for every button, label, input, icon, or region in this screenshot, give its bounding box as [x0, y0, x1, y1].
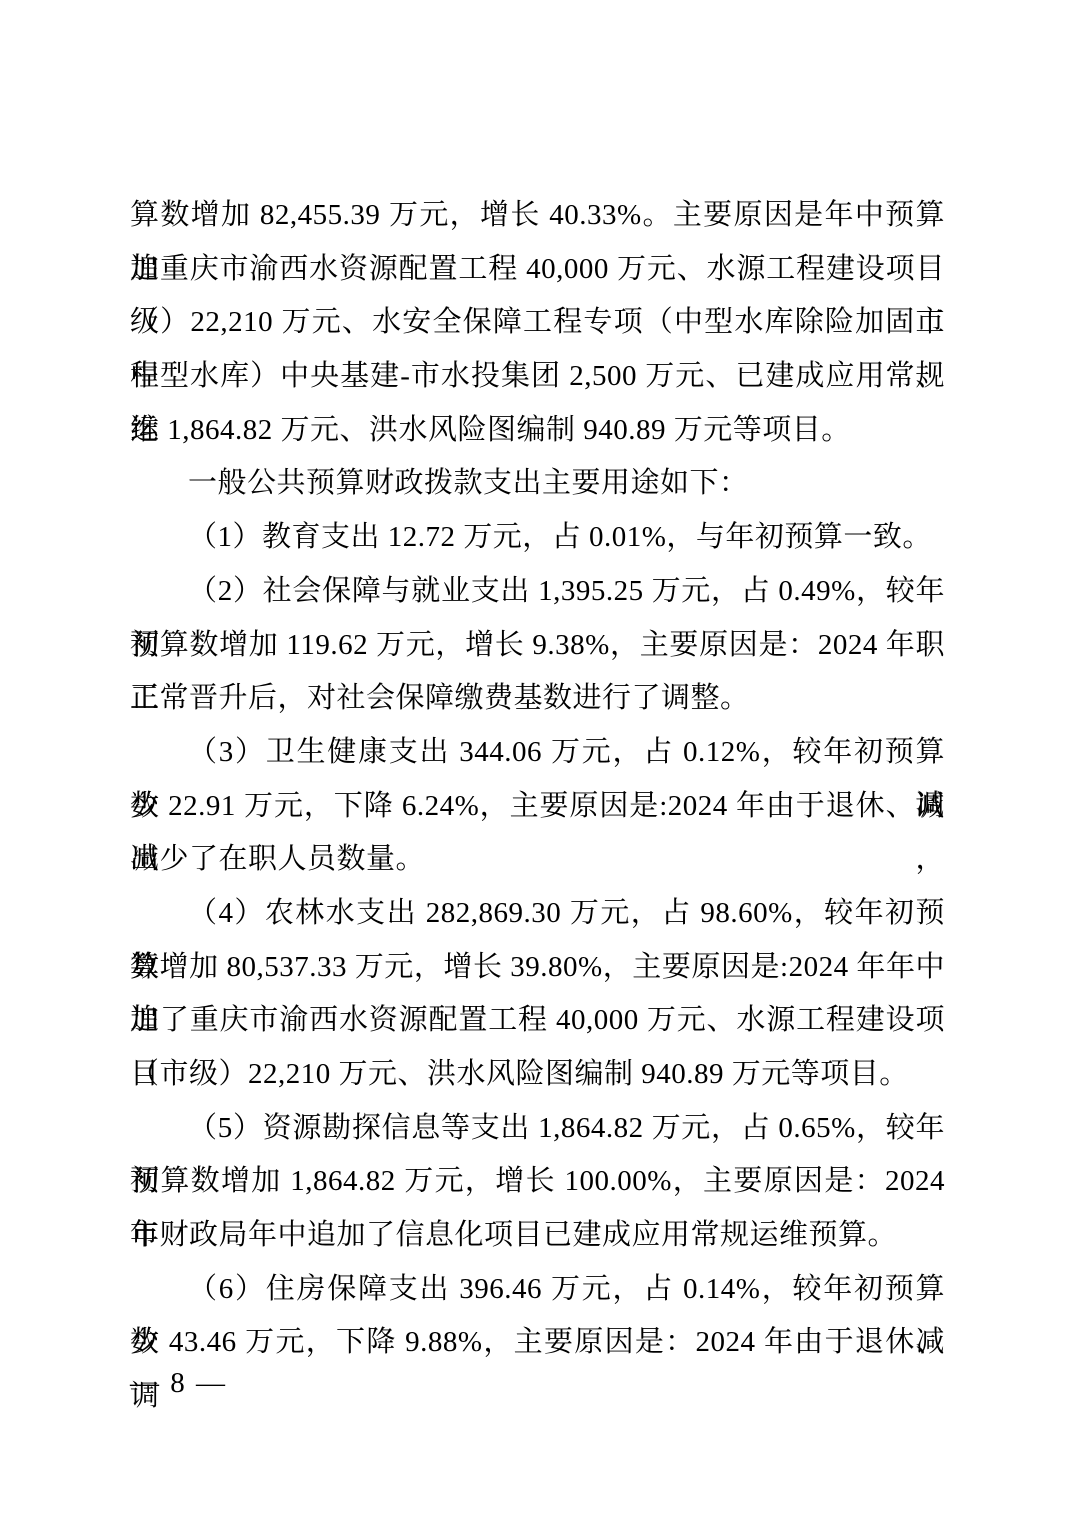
text-line: 维 1,864.82 万元、洪水风险图编制 940.89 万元等项目。 — [130, 404, 945, 458]
text-line: 加重庆市渝西水资源配置工程 40,000 万元、水源工程建设项目（市 — [130, 243, 945, 297]
text-line: （5）资源勘探信息等支出 1,864.82 万元，占 0.65%，较年初 — [130, 1102, 945, 1156]
text-line: 算数增加 82,455.39 万元，增长 40.33%。主要原因是年中预算追 — [130, 189, 945, 243]
text-line: 数增加 80,537.33 万元，增长 39.80%，主要原因是:2024 年年… — [130, 941, 945, 995]
text-line: 预算数增加 119.62 万元，增长 9.38%，主要原因是：2024 年职工 — [130, 619, 945, 673]
text-line: 一般公共预算财政拨款支出主要用途如下： — [130, 457, 945, 511]
text-line: 市财政局年中追加了信息化项目已建成应用常规运维预算。 — [130, 1209, 945, 1263]
text-line: （6）住房保障支出 396.46 万元，占 0.14%，较年初预算数减 — [130, 1263, 945, 1317]
text-line: （3）卫生健康支出 344.06 万元，占 0.12%，较年初预算数减 — [130, 726, 945, 780]
text-line: 少 22.91 万元，下降 6.24%，主要原因是:2024 年由于退休、调出， — [130, 780, 945, 834]
page-number: — 8 — — [130, 1356, 227, 1410]
text-line: 加了重庆市渝西水资源配置工程 40,000 万元、水源工程建设项目 — [130, 994, 945, 1048]
text-line: （4）农林水支出 282,869.30 万元，占 98.60%，较年初预算 — [130, 887, 945, 941]
text-line: 级）22,210 万元、水安全保障工程专项（中型水库除险加固工程、 — [130, 296, 945, 350]
document-page: 算数增加 82,455.39 万元，增长 40.33%。主要原因是年中预算追加重… — [0, 0, 1075, 1520]
text-line: 中型水库）中央基建-市水投集团 2,500 万元、已建成应用常规运 — [130, 350, 945, 404]
text-line: （2）社会保障与就业支出 1,395.25 万元，占 0.49%，较年初 — [130, 565, 945, 619]
text-line: （1）教育支出 12.72 万元，占 0.01%，与年初预算一致。 — [130, 511, 945, 565]
text-line: 少 43.46 万元，下降 9.88%，主要原因是：2024 年由于退休、调 — [130, 1316, 945, 1370]
text-line: 正常晋升后，对社会保障缴费基数进行了调整。 — [130, 672, 945, 726]
text-line: （市级）22,210 万元、洪水风险图编制 940.89 万元等项目。 — [130, 1048, 945, 1102]
text-line: 预算数增加 1,864.82 万元，增长 100.00%，主要原因是：2024 … — [130, 1155, 945, 1209]
text-block: 算数增加 82,455.39 万元，增长 40.33%。主要原因是年中预算追加重… — [130, 189, 945, 1370]
